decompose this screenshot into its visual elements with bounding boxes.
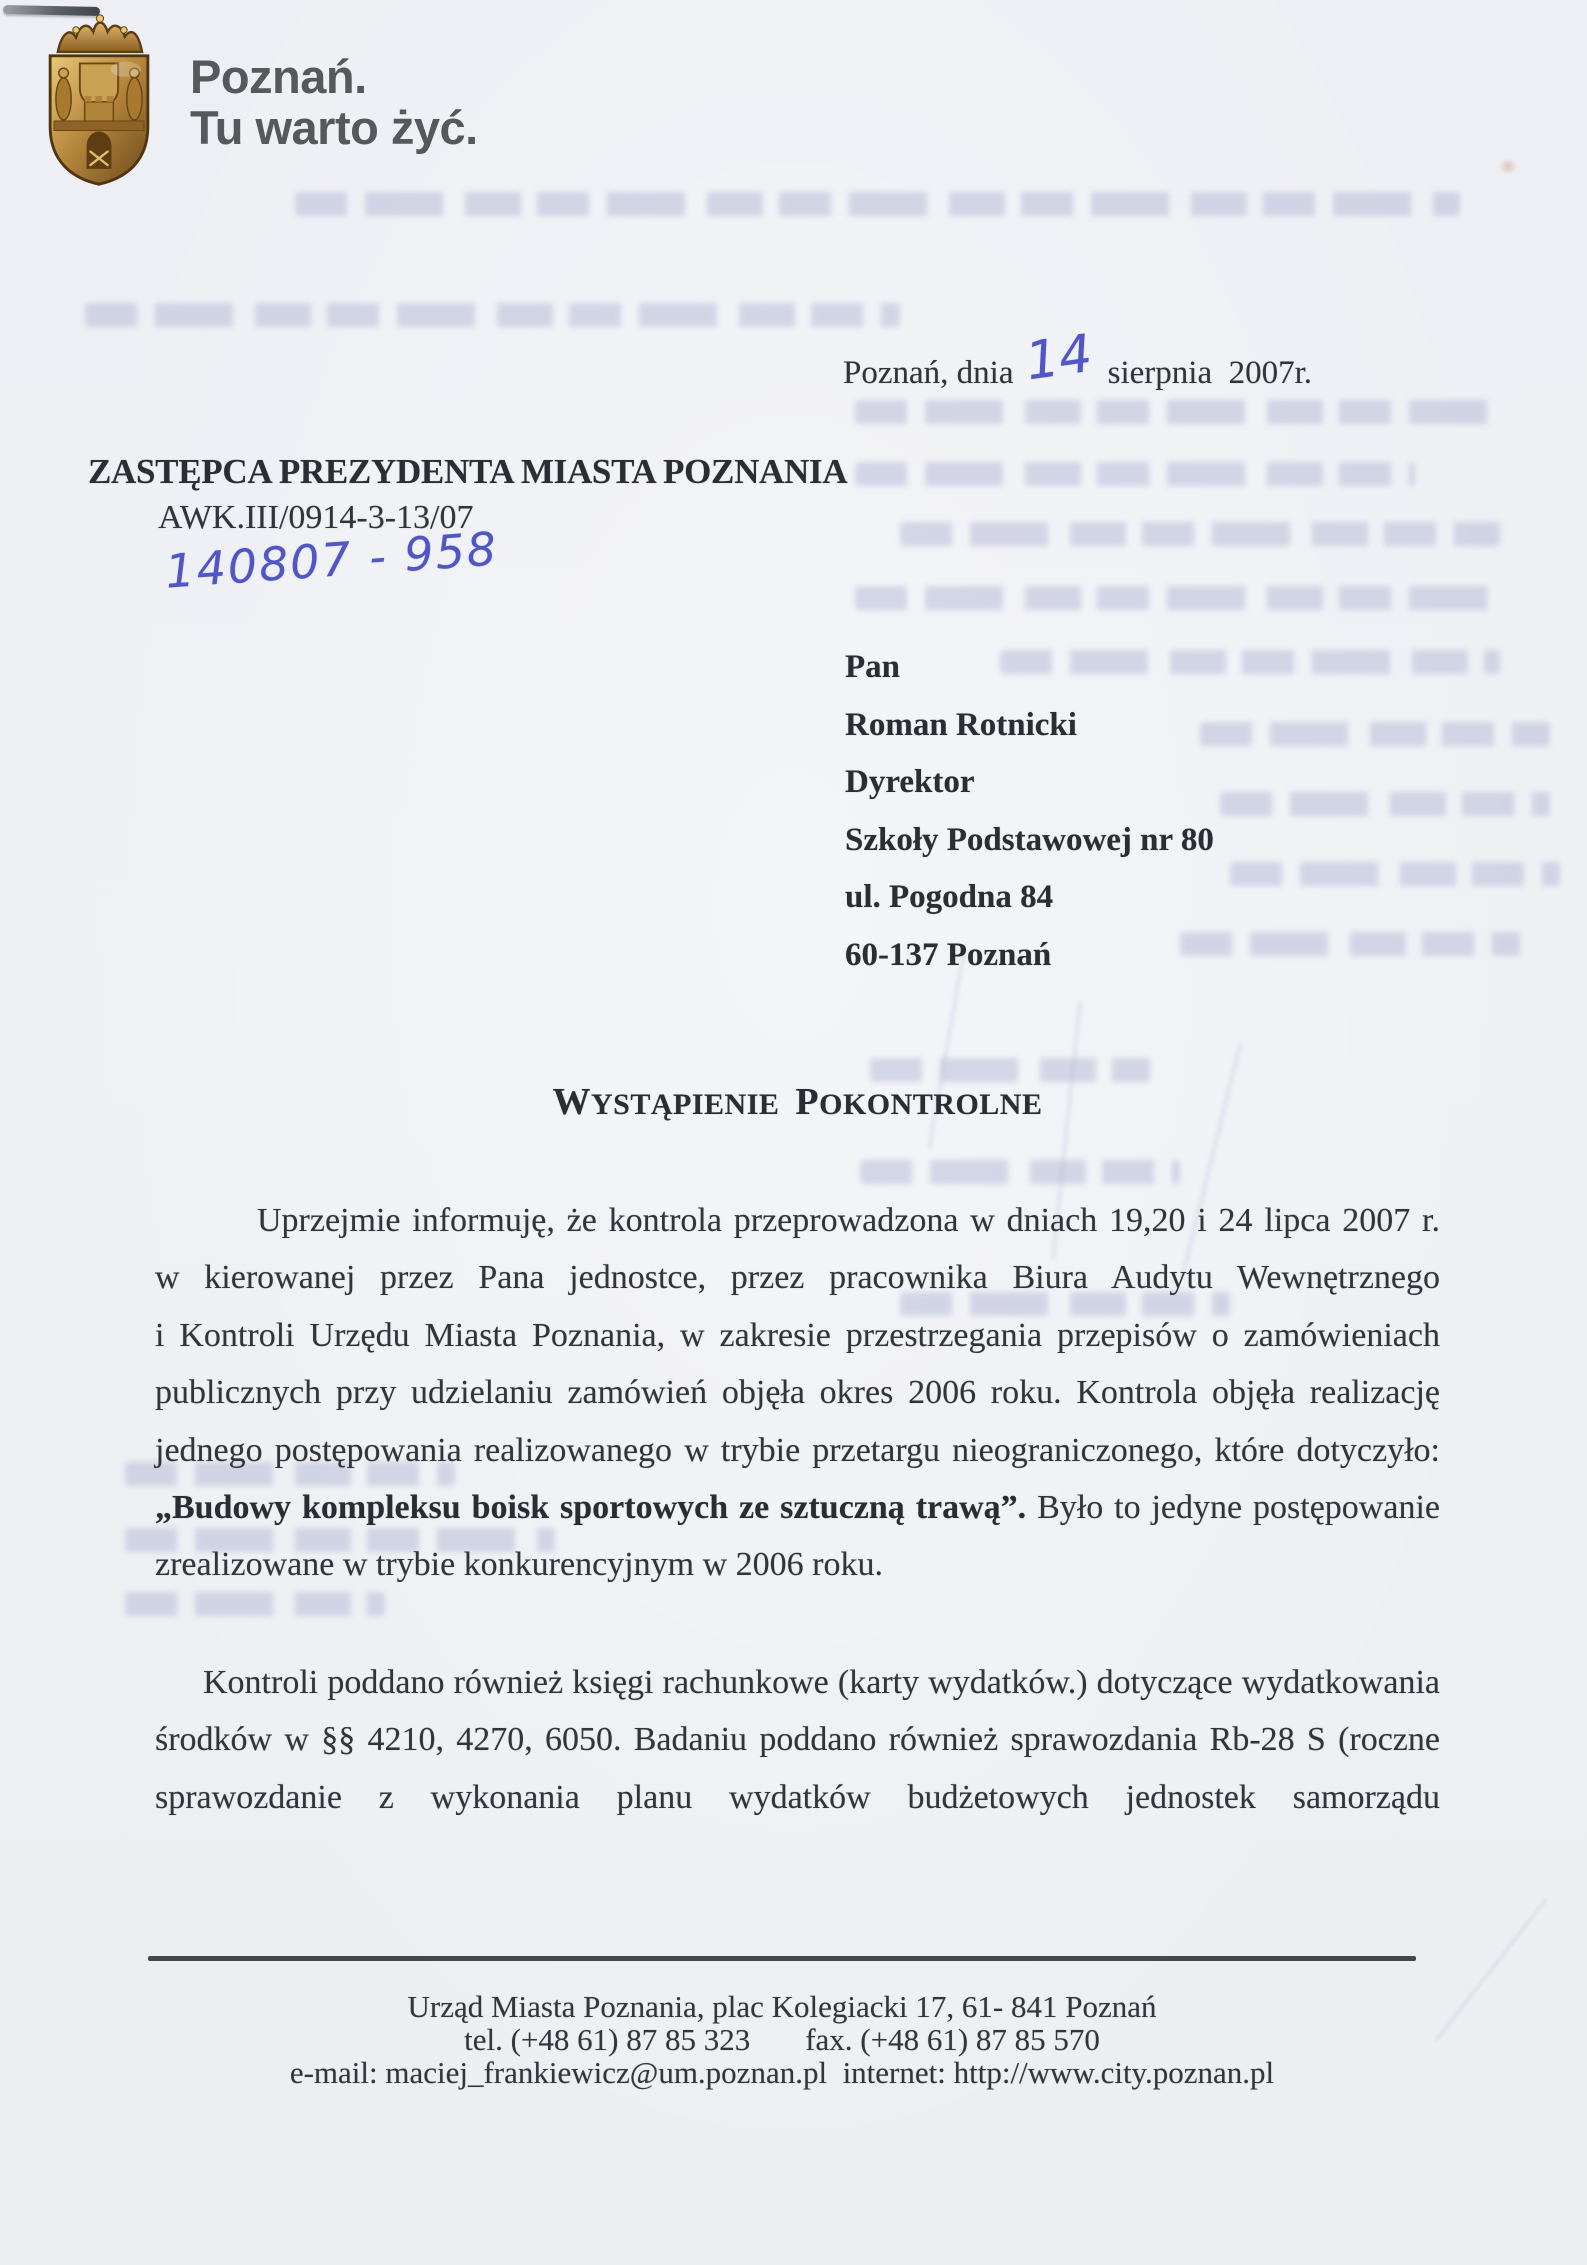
footer-phone-line: tel. (+48 61) 87 85 323fax. (+48 61) 87 … [148, 2023, 1416, 2056]
bleedthrough-artifact [1200, 722, 1550, 746]
bleedthrough-artifact [855, 586, 1500, 610]
body-line: Uprzejmie informuję, że kontrola przepro… [155, 1192, 1440, 1249]
body-line: środków w §§ 4210, 4270, 6050. Badaniu p… [155, 1711, 1440, 1768]
recipient-institution: Szkoły Podstawowej nr 80 [845, 812, 1214, 870]
recipient-postal-city: 60-137 Poznań [845, 927, 1214, 985]
date-line: Poznań, dnia14sierpnia 2007r. [843, 336, 1312, 396]
bleedthrough-artifact [900, 522, 1500, 546]
recipient-salutation: Pan [845, 639, 1214, 697]
footer-address: Urząd Miasta Poznania, plac Kolegiacki 1… [148, 1990, 1416, 2023]
bleedthrough-artifact [1220, 792, 1550, 816]
bleedthrough-artifact [1180, 932, 1520, 956]
document-heading: WYSTĄPIENIEPOKONTROLNE [155, 1080, 1440, 1124]
paper-smudge [1500, 160, 1516, 173]
footer-block: Urząd Miasta Poznania, plac Kolegiacki 1… [148, 1990, 1416, 2089]
date-prefix: Poznań, dnia [843, 355, 1013, 392]
bleedthrough-artifact [125, 1592, 385, 1616]
footer-email: e-mail: maciej_frankiewicz@um.poznan.pl [290, 2055, 827, 2090]
contract-title-bold: „Budowy kompleksu boisk sportowych ze sz… [155, 1489, 1026, 1526]
body-line: i Kontroli Urzędu Miasta Poznania, w zak… [155, 1307, 1440, 1364]
footer-tel: tel. (+48 61) 87 85 323 [464, 2022, 750, 2057]
body-paragraph-1: Uprzejmie informuję, że kontrola przepro… [155, 1192, 1440, 1594]
bleedthrough-artifact [85, 303, 900, 327]
footer-divider [148, 1956, 1416, 1961]
body-line-emphasis: „Budowy kompleksu boisk sportowych ze sz… [155, 1479, 1440, 1536]
body-line: w kierowanej przez Pana jednostce, przez… [155, 1249, 1440, 1306]
body-line: publicznych przy udzielaniu zamówień obj… [155, 1364, 1440, 1421]
paper-crease [1435, 1898, 1547, 2041]
body-line: Kontroli poddano również księgi rachunko… [155, 1654, 1440, 1711]
heading-word: POKONTROLNE [795, 1080, 1042, 1124]
body-line: zrealizowane w trybie konkurencyjnym w 2… [155, 1536, 1440, 1593]
footer-internet: internet: http://www.city.poznan.pl [843, 2055, 1275, 2090]
logo-tagline: Tu warto żyć. [190, 103, 478, 153]
bleedthrough-artifact [870, 1058, 1150, 1082]
body-line-continuation: Było to jedyne postępowanie [1026, 1489, 1440, 1526]
footer-online-line: e-mail: maciej_frankiewicz@um.poznan.pl … [148, 2056, 1416, 2089]
logo-city-name: Poznań. [190, 52, 367, 102]
footer-fax: fax. (+48 61) 87 85 570 [805, 2022, 1100, 2057]
recipient-name: Roman Rotnicki [845, 697, 1214, 755]
scanned-letter-page: Poznań. Tu warto żyć. Poznań, dnia14sier… [0, 0, 1587, 2265]
bleedthrough-artifact [1230, 862, 1560, 886]
recipient-title: Dyrektor [845, 754, 1214, 812]
body-paragraph-2: Kontroli poddano również księgi rachunko… [155, 1654, 1440, 1826]
bleedthrough-artifact [860, 1160, 1180, 1184]
bleedthrough-artifact [855, 462, 1415, 486]
date-suffix: sierpnia 2007r. [1108, 355, 1312, 392]
poznan-coat-of-arms-icon [25, 6, 173, 188]
body-line: sprawozdanie z wykonania planu wydatków … [155, 1769, 1440, 1826]
body-line: jednego postępowania realizowanego w try… [155, 1422, 1440, 1479]
recipient-street: ul. Pogodna 84 [845, 869, 1214, 927]
sender-office-title: ZASTĘPCA PREZYDENTA MIASTA POZNANIA [88, 452, 847, 492]
handwritten-day: 14 [1023, 324, 1097, 393]
bleedthrough-artifact [295, 192, 1460, 216]
heading-word: WYSTĄPIENIE [553, 1080, 780, 1124]
bleedthrough-artifact [855, 400, 1500, 424]
recipient-block: Pan Roman Rotnicki Dyrektor Szkoły Podst… [845, 639, 1214, 984]
